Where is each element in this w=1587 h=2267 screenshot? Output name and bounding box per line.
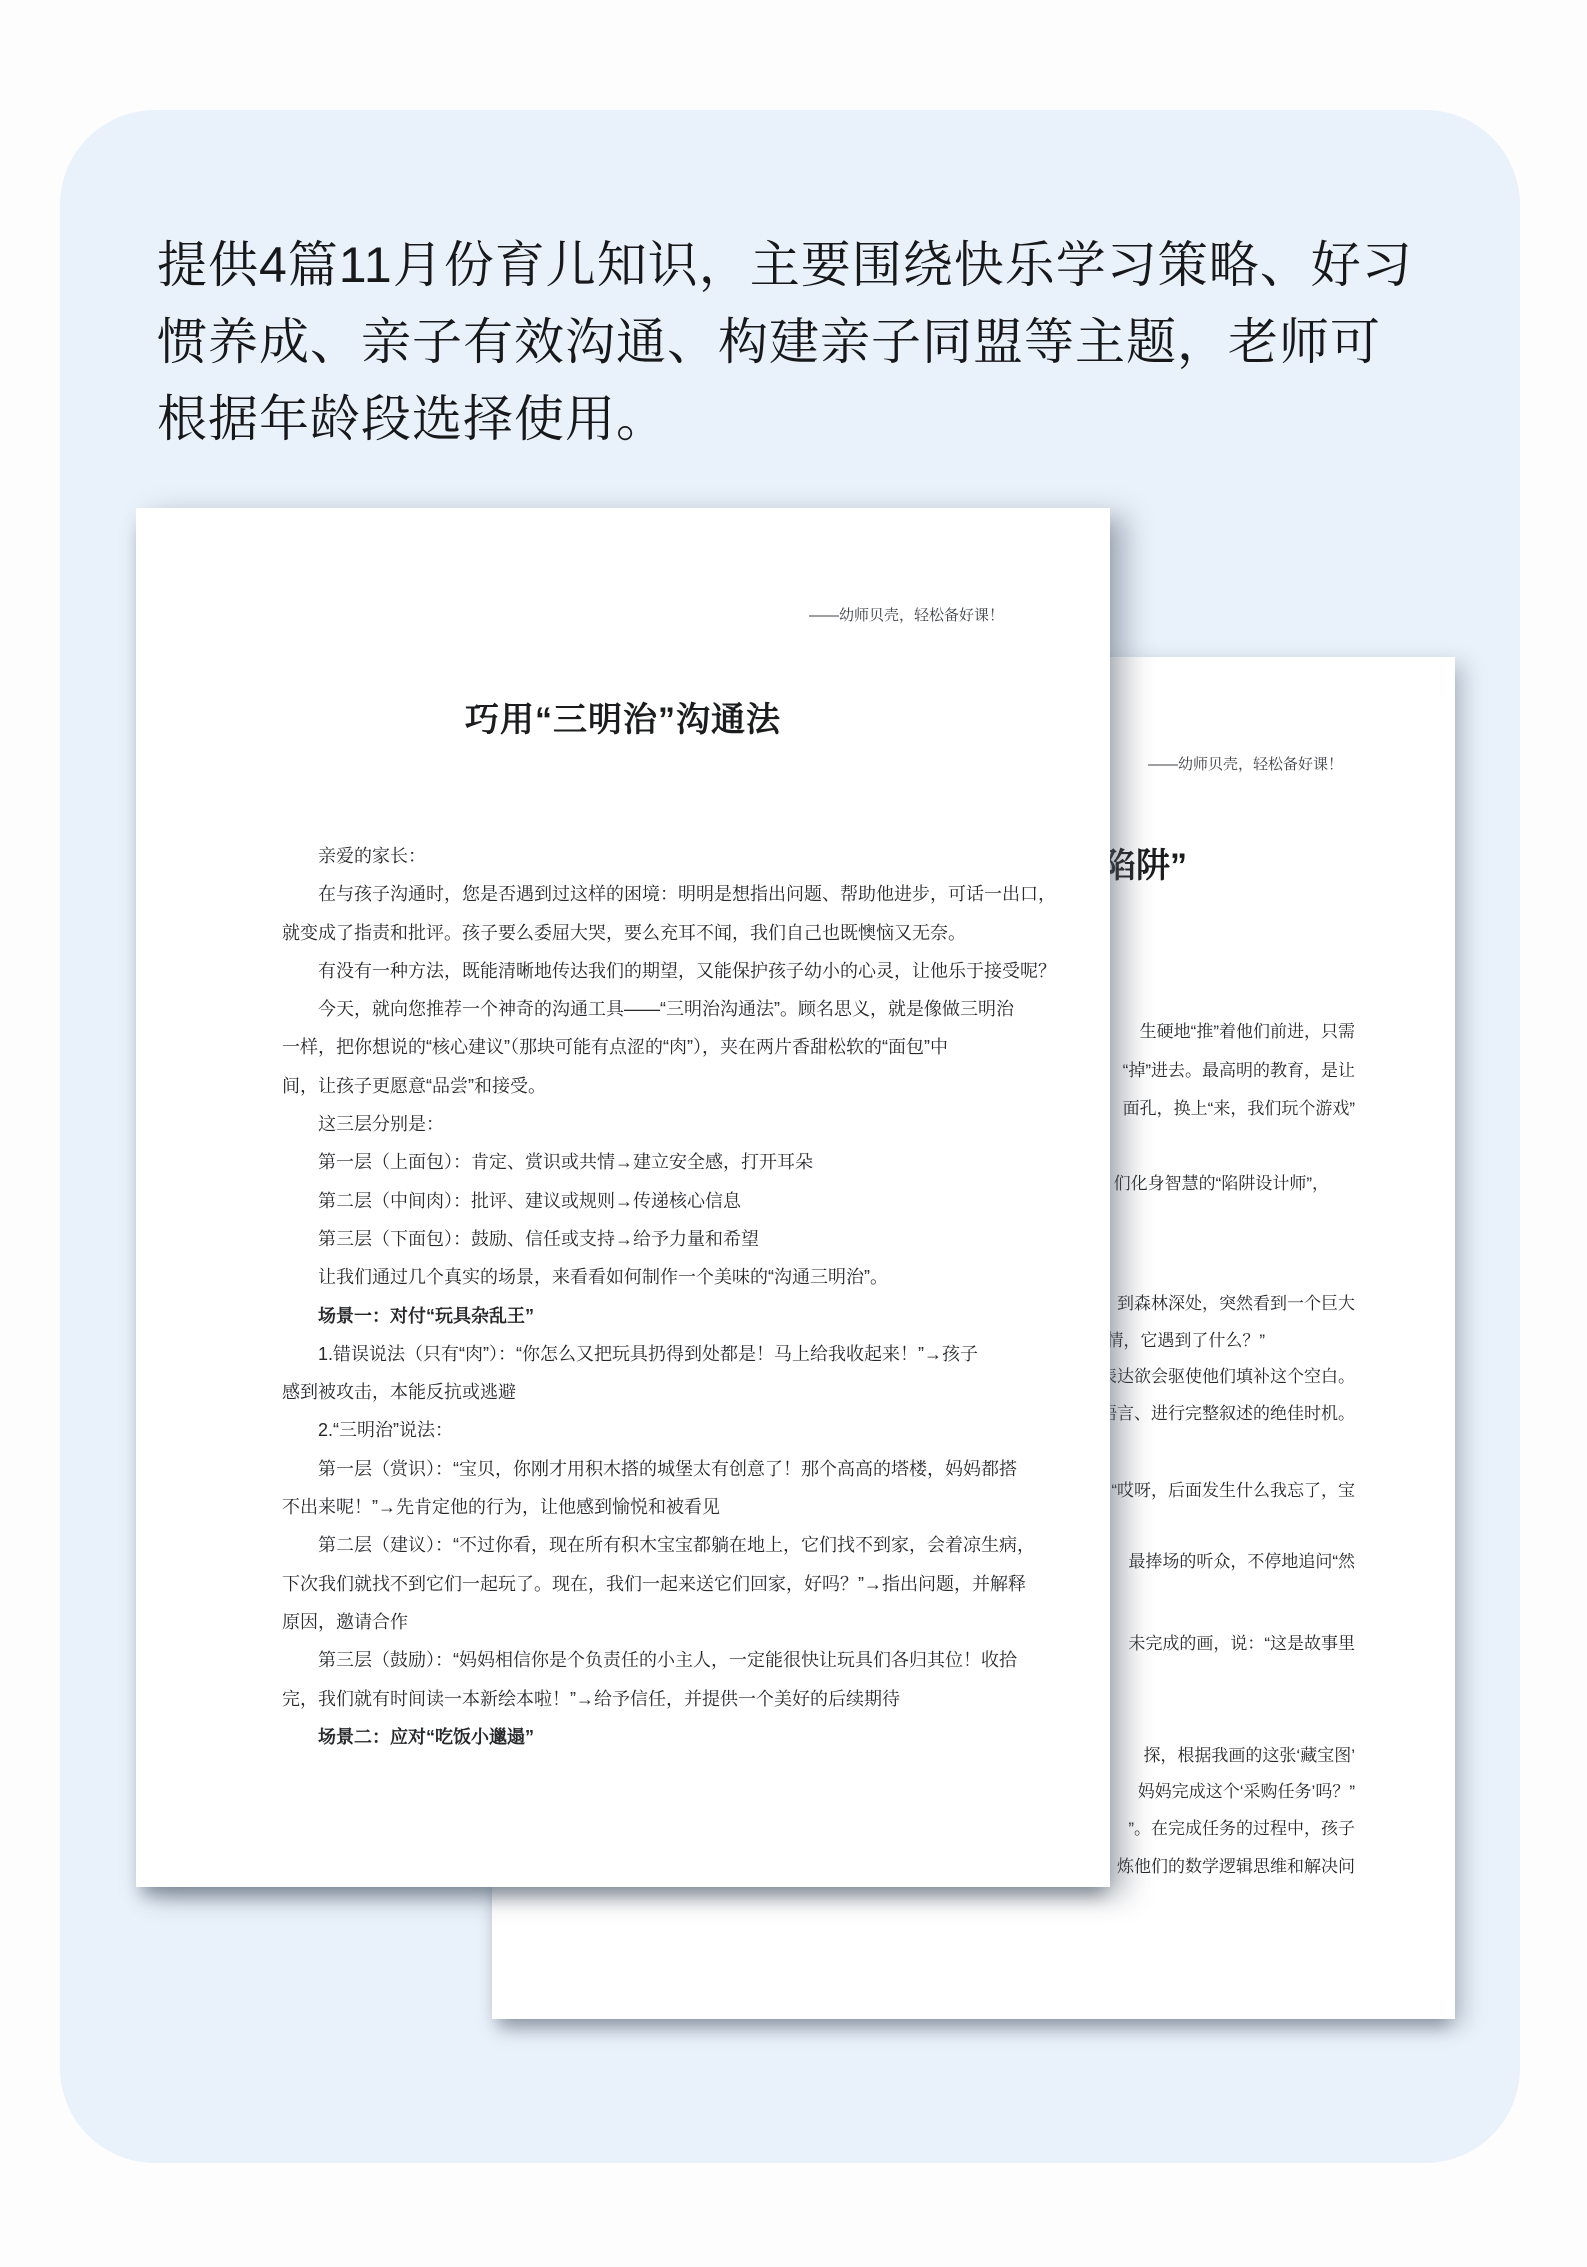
doc2-line-fragment: 面孔，换上“来，我们玩个游戏” (1123, 1100, 1355, 1117)
doc2-line-fragment: “掉”进去。最高明的教育，是让 (1123, 1062, 1355, 1079)
intro-line: 根据年龄段选择使用。 (157, 381, 1477, 458)
doc1-line: 感到被攻击，本能反抗或逃避 (282, 1373, 1024, 1411)
doc1-line: 场景一：对付“玩具杂乱王” (282, 1297, 1024, 1335)
doc1-title: 巧用“三明治”沟通法 (136, 692, 1110, 741)
doc2-title-fragment: 陷阱” (1102, 838, 1187, 887)
doc1-line: 让我们通过几个真实的场景，来看看如何制作一个美味的“沟通三明治”。 (282, 1258, 1024, 1296)
content-card: 提供4篇11月份育儿知识，主要围绕快乐学习策略、好习惯养成、亲子有效沟通、构建亲… (60, 110, 1520, 2163)
doc2-line-fragment: 情，它遇到了什么？” (1106, 1332, 1265, 1349)
intro-text: 提供4篇11月份育儿知识，主要围绕快乐学习策略、好习惯养成、亲子有效沟通、构建亲… (157, 227, 1477, 458)
doc1-line: 第三层（鼓励）：“妈妈相信你是个负责任的小主人，一定能很快让玩具们各归其位！收拾 (282, 1641, 1024, 1679)
doc1-line: 第三层（下面包）：鼓励、信任或支持→给予力量和希望 (282, 1220, 1024, 1258)
doc1-line: 这三层分别是： (282, 1105, 1024, 1143)
doc1-line: 完，我们就有时间读一本新绘本啦！”→给予信任，并提供一个美好的后续期待 (282, 1680, 1024, 1718)
doc2-line-fragment: 炼他们的数学逻辑思维和解决问 (1117, 1858, 1355, 1875)
doc1-line: 原因，邀请合作 (282, 1603, 1024, 1641)
intro-line: 惯养成、亲子有效沟通、构建亲子同盟等主题，老师可 (157, 304, 1477, 381)
doc1-line: 2.“三明治”说法： (282, 1411, 1024, 1449)
doc-preview-1[interactable]: ——幼师贝壳，轻松备好课！ 巧用“三明治”沟通法 亲爱的家长：在与孩子沟通时，您… (136, 508, 1110, 1887)
doc1-line: 第二层（中间肉）：批评、建议或规则→传递核心信息 (282, 1182, 1024, 1220)
doc2-line-fragment: ”。在完成任务的过程中，孩子 (1128, 1820, 1355, 1837)
doc2-line-fragment: “哎呀，后面发生什么我忘了，宝 (1111, 1482, 1355, 1499)
doc1-line: 第一层（上面包）：肯定、赏识或共情→建立安全感，打开耳朵 (282, 1143, 1024, 1181)
doc1-line: 第一层（赏识）：“宝贝，你刚才用积木搭的城堡太有创意了！那个高高的塔楼，妈妈都搭 (282, 1450, 1024, 1488)
doc1-line: 1.错误说法（只有“肉”）：“你怎么又把玩具扔得到处都是！马上给我收起来！”→孩… (282, 1335, 1024, 1373)
doc1-body: 亲爱的家长：在与孩子沟通时，您是否遇到过这样的困境：明明是想指出问题、帮助他进步… (282, 837, 1024, 1756)
doc1-line: 今天，就向您推荐一个神奇的沟通工具——“三明治沟通法”。顾名思义，就是像做三明治 (282, 990, 1024, 1028)
doc2-line-fragment: 妈妈完成这个‘采购任务’吗？” (1138, 1783, 1355, 1800)
doc1-line: 在与孩子沟通时，您是否遇到过这样的困境：明明是想指出问题、帮助他进步，可话一出口… (282, 875, 1024, 913)
doc2-line-fragment: 表达欲会驱使他们填补这个空白。 (1100, 1368, 1355, 1385)
doc2-line-fragment: 未完成的画，说：“这是故事里 (1128, 1635, 1355, 1652)
doc2-line-fragment: 语言、进行完整叙述的绝佳时机。 (1100, 1405, 1355, 1422)
doc2-line-fragment: 们化身智慧的“陷阱设计师”， (1114, 1175, 1329, 1192)
doc2-line-fragment: 到森林深处，突然看到一个巨大 (1117, 1295, 1355, 1312)
doc1-line: 场景二：应对“吃饭小邋遢” (282, 1718, 1024, 1756)
intro-line: 提供4篇11月份育儿知识，主要围绕快乐学习策略、好习 (157, 227, 1477, 304)
doc1-line: 间，让孩子更愿意“品尝”和接受。 (282, 1067, 1024, 1105)
doc1-line: 下次我们就找不到它们一起玩了。现在，我们一起来送它们回家，好吗？”→指出问题，并… (282, 1565, 1024, 1603)
doc2-line-fragment: 生硬地“推”着他们前进，只需 (1140, 1023, 1355, 1040)
doc1-line: 亲爱的家长： (282, 837, 1024, 875)
doc1-header-slogan: ——幼师贝壳，轻松备好课！ (809, 604, 1004, 625)
doc2-line-fragment: 探，根据我画的这张‘藏宝图’ (1143, 1747, 1355, 1764)
doc1-line: 有没有一种方法，既能清晰地传达我们的期望，又能保护孩子幼小的心灵，让他乐于接受呢… (282, 952, 1024, 990)
doc2-line-fragment: 最捧场的听众，不停地追问“然 (1128, 1553, 1355, 1570)
doc1-line: 一样，把你想说的“核心建议”（那块可能有点涩的“肉”），夹在两片香甜松软的“面包… (282, 1028, 1024, 1066)
doc1-line: 第二层（建议）：“不过你看，现在所有积木宝宝都躺在地上，它们找不到家，会着凉生病… (282, 1526, 1024, 1564)
doc1-line: 就变成了指责和批评。孩子要么委屈大哭，要么充耳不闻，我们自己也既懊恼又无奈。 (282, 914, 1024, 952)
doc2-header-slogan: ——幼师贝壳，轻松备好课！ (1148, 753, 1343, 774)
doc1-line: 不出来呢！”→先肯定他的行为，让他感到愉悦和被看见 (282, 1488, 1024, 1526)
